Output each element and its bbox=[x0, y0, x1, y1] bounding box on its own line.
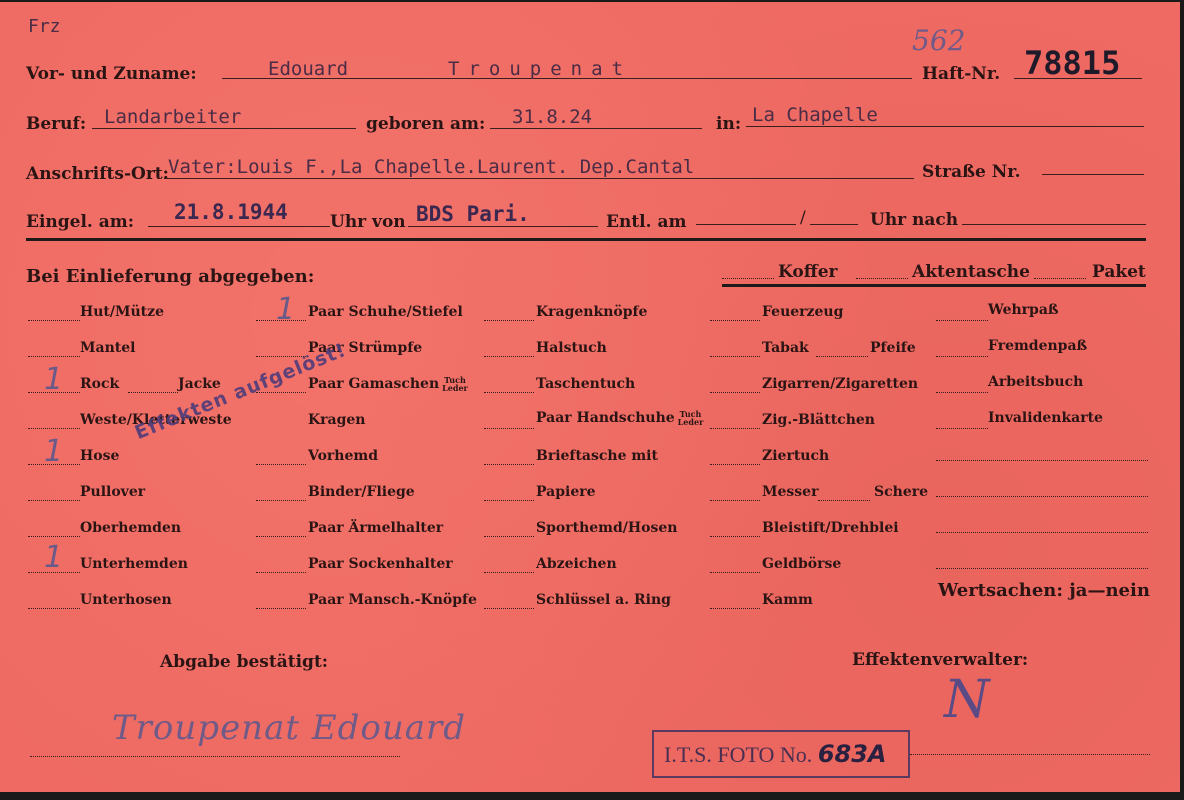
signature-line bbox=[30, 756, 400, 757]
qty-line bbox=[710, 464, 760, 465]
item-hut: Hut/Mütze bbox=[80, 304, 164, 320]
item-mantel: Mantel bbox=[80, 340, 135, 356]
qty-line bbox=[936, 356, 988, 357]
geboren-value: 31.8.24 bbox=[512, 106, 592, 128]
qty-line bbox=[710, 572, 760, 573]
item-kamm: Kamm bbox=[762, 592, 813, 608]
qty-line bbox=[256, 464, 306, 465]
qty-line bbox=[710, 320, 760, 321]
qty-line bbox=[256, 500, 306, 501]
item-abzeichen: Abzeichen bbox=[536, 556, 617, 572]
item-bleistift: Bleistift/Drehblei bbox=[762, 520, 899, 536]
verwalter-line bbox=[910, 754, 1150, 755]
item-geldboerse: Geldbörse bbox=[762, 556, 841, 572]
item-fremdenpass: Fremdenpaß bbox=[988, 338, 1087, 354]
blank-line bbox=[936, 496, 1148, 497]
geboren-underline bbox=[490, 128, 702, 129]
qty-line bbox=[936, 320, 988, 321]
aktentasche-line bbox=[856, 278, 908, 279]
anschrift-underline bbox=[164, 178, 914, 179]
item-pfeife: Pfeife bbox=[870, 340, 916, 356]
uhr-von-value: BDS Pari. bbox=[416, 202, 530, 226]
qty-rock: 1 bbox=[44, 362, 63, 397]
item-pullover: Pullover bbox=[80, 484, 145, 500]
qty-line bbox=[710, 356, 760, 357]
verwalter-initials: N bbox=[944, 670, 990, 730]
strasse-underline bbox=[1042, 174, 1144, 175]
koffer-line bbox=[722, 278, 774, 279]
qty-line bbox=[818, 500, 870, 501]
eingel-date: 21.8.1944 bbox=[174, 200, 288, 224]
qty-line bbox=[816, 356, 868, 357]
item-sockenhalter: Paar Sockenhalter bbox=[308, 556, 453, 572]
beruf-underline bbox=[92, 128, 356, 129]
luggage-paket: Paket bbox=[1092, 262, 1146, 282]
qty-line bbox=[484, 500, 534, 501]
blank-line bbox=[936, 532, 1148, 533]
item-kragen: Kragen bbox=[308, 412, 366, 428]
qty-line bbox=[28, 608, 80, 609]
its-foto-number: 683A bbox=[818, 740, 887, 768]
item-papiere: Papiere bbox=[536, 484, 596, 500]
qty-line bbox=[710, 392, 760, 393]
qty-line bbox=[484, 320, 534, 321]
qty-line bbox=[28, 356, 80, 357]
effects-card: Frz Vor- und Zuname: Edouard Troupenat 5… bbox=[0, 2, 1180, 792]
item-wehrpass: Wehrpaß bbox=[988, 302, 1059, 318]
item-binder: Binder/Fliege bbox=[308, 484, 415, 500]
uhr-von-underline bbox=[408, 226, 598, 227]
qty-line bbox=[484, 392, 534, 393]
qty-line bbox=[256, 536, 306, 537]
item-hose: Hose bbox=[80, 448, 119, 464]
its-foto-stamp: I.T.S. FOTO No. 683A bbox=[652, 730, 910, 778]
item-aermelhalter: Paar Ärmelhalter bbox=[308, 520, 443, 536]
eingel-label: Eingel. am: bbox=[26, 212, 134, 232]
qty-line bbox=[128, 392, 178, 393]
anschrift-label: Anschrifts-Ort: bbox=[26, 164, 169, 184]
in-underline bbox=[746, 126, 1144, 127]
name-label: Vor- und Zuname: bbox=[26, 64, 197, 84]
qty-schuhe: 1 bbox=[276, 292, 295, 327]
item-unterhosen: Unterhosen bbox=[80, 592, 172, 608]
qty-line bbox=[710, 428, 760, 429]
qty-line bbox=[28, 428, 80, 429]
eingel-underline bbox=[148, 226, 330, 227]
item-invalidenkarte: Invalidenkarte bbox=[988, 410, 1103, 426]
blank-line bbox=[936, 460, 1148, 461]
first-name: Edouard bbox=[268, 58, 348, 80]
uhr-nach-label: Uhr nach bbox=[870, 210, 958, 230]
item-messer: Messer bbox=[762, 484, 818, 500]
item-unterhemden: Unterhemden bbox=[80, 556, 188, 572]
qty-line bbox=[484, 608, 534, 609]
entl-separator: / bbox=[800, 208, 806, 228]
qty-line bbox=[936, 392, 988, 393]
qty-hose: 1 bbox=[44, 434, 63, 469]
item-schere: Schere bbox=[874, 484, 928, 500]
item-rock: Rock bbox=[80, 376, 119, 392]
item-tabak: Tabak bbox=[762, 340, 809, 356]
qty-line bbox=[256, 572, 306, 573]
geboren-label: geboren am: bbox=[366, 114, 485, 134]
birthplace: La Chapelle bbox=[752, 104, 878, 126]
qty-line bbox=[484, 428, 534, 429]
strasse-label: Straße Nr. bbox=[922, 162, 1021, 182]
item-feuerzeug: Feuerzeug bbox=[762, 304, 843, 320]
last-name: Troupenat bbox=[448, 58, 632, 80]
beruf-value: Landarbeiter bbox=[104, 106, 241, 128]
luggage-koffer: Koffer bbox=[778, 262, 837, 282]
item-zigblaettchen: Zig.-Blättchen bbox=[762, 412, 875, 428]
qty-line bbox=[484, 356, 534, 357]
section-title: Bei Einlieferung abgegeben: bbox=[26, 266, 314, 287]
entl-label: Entl. am bbox=[606, 212, 686, 232]
qty-line bbox=[484, 464, 534, 465]
qty-line bbox=[28, 320, 80, 321]
qty-line bbox=[28, 536, 80, 537]
qty-unterhemden: 1 bbox=[44, 540, 63, 575]
verwalter-label: Effektenverwalter: bbox=[852, 650, 1028, 670]
item-schuhe: Paar Schuhe/Stiefel bbox=[308, 304, 463, 320]
item-brieftasche: Brieftasche mit bbox=[536, 448, 658, 464]
wertsachen: Wertsachen: ja—nein bbox=[938, 580, 1150, 601]
item-taschentuch: Taschentuch bbox=[536, 376, 635, 392]
item-sporthemd: Sporthemd/Hosen bbox=[536, 520, 677, 536]
in-label: in: bbox=[716, 114, 741, 134]
beruf-label: Beruf: bbox=[26, 114, 86, 134]
item-vorhemd: Vorhemd bbox=[308, 448, 378, 464]
qty-line bbox=[936, 428, 988, 429]
item-halstuch: Halstuch bbox=[536, 340, 607, 356]
header-divider bbox=[26, 238, 1146, 241]
luggage-divider bbox=[722, 284, 1146, 287]
abgabe-label: Abgabe bestätigt: bbox=[160, 652, 328, 672]
blank-line bbox=[936, 568, 1148, 569]
item-oberhemden: Oberhemden bbox=[80, 520, 181, 536]
qty-line bbox=[256, 608, 306, 609]
signature: Troupenat Edouard bbox=[112, 708, 466, 748]
qty-line bbox=[710, 500, 760, 501]
item-gamaschen: Paar GamaschenTuchLeder bbox=[308, 376, 468, 392]
entl-underline-2 bbox=[810, 224, 858, 225]
handwritten-number: 562 bbox=[912, 24, 965, 57]
item-arbeitsbuch: Arbeitsbuch bbox=[988, 374, 1083, 390]
anschrift-value: Vater:Louis F.,La Chapelle.Laurent. Dep.… bbox=[168, 156, 694, 178]
nationality: Frz bbox=[28, 16, 61, 37]
luggage-aktentasche: Aktentasche bbox=[912, 262, 1030, 282]
qty-line bbox=[710, 608, 760, 609]
item-kragenknoepfe: Kragenknöpfe bbox=[536, 304, 647, 320]
paket-line bbox=[1034, 278, 1086, 279]
haft-number: 78815 bbox=[1024, 44, 1120, 82]
item-ziertuch: Ziertuch bbox=[762, 448, 829, 464]
qty-line bbox=[484, 572, 534, 573]
haft-label: Haft-Nr. bbox=[922, 64, 1000, 84]
uhr-nach-underline bbox=[962, 224, 1146, 225]
qty-line bbox=[710, 536, 760, 537]
item-schluessel: Schlüssel a. Ring bbox=[536, 592, 671, 608]
qty-line bbox=[28, 500, 80, 501]
item-zigarren: Zigarren/Zigaretten bbox=[762, 376, 918, 392]
item-manschknoepfe: Paar Mansch.-Knöpfe bbox=[308, 592, 477, 608]
entl-underline-1 bbox=[696, 224, 796, 225]
uhr-von-label: Uhr von bbox=[330, 212, 406, 232]
item-handschuhe: Paar HandschuheTuchLeder bbox=[536, 410, 703, 426]
qty-line bbox=[484, 536, 534, 537]
